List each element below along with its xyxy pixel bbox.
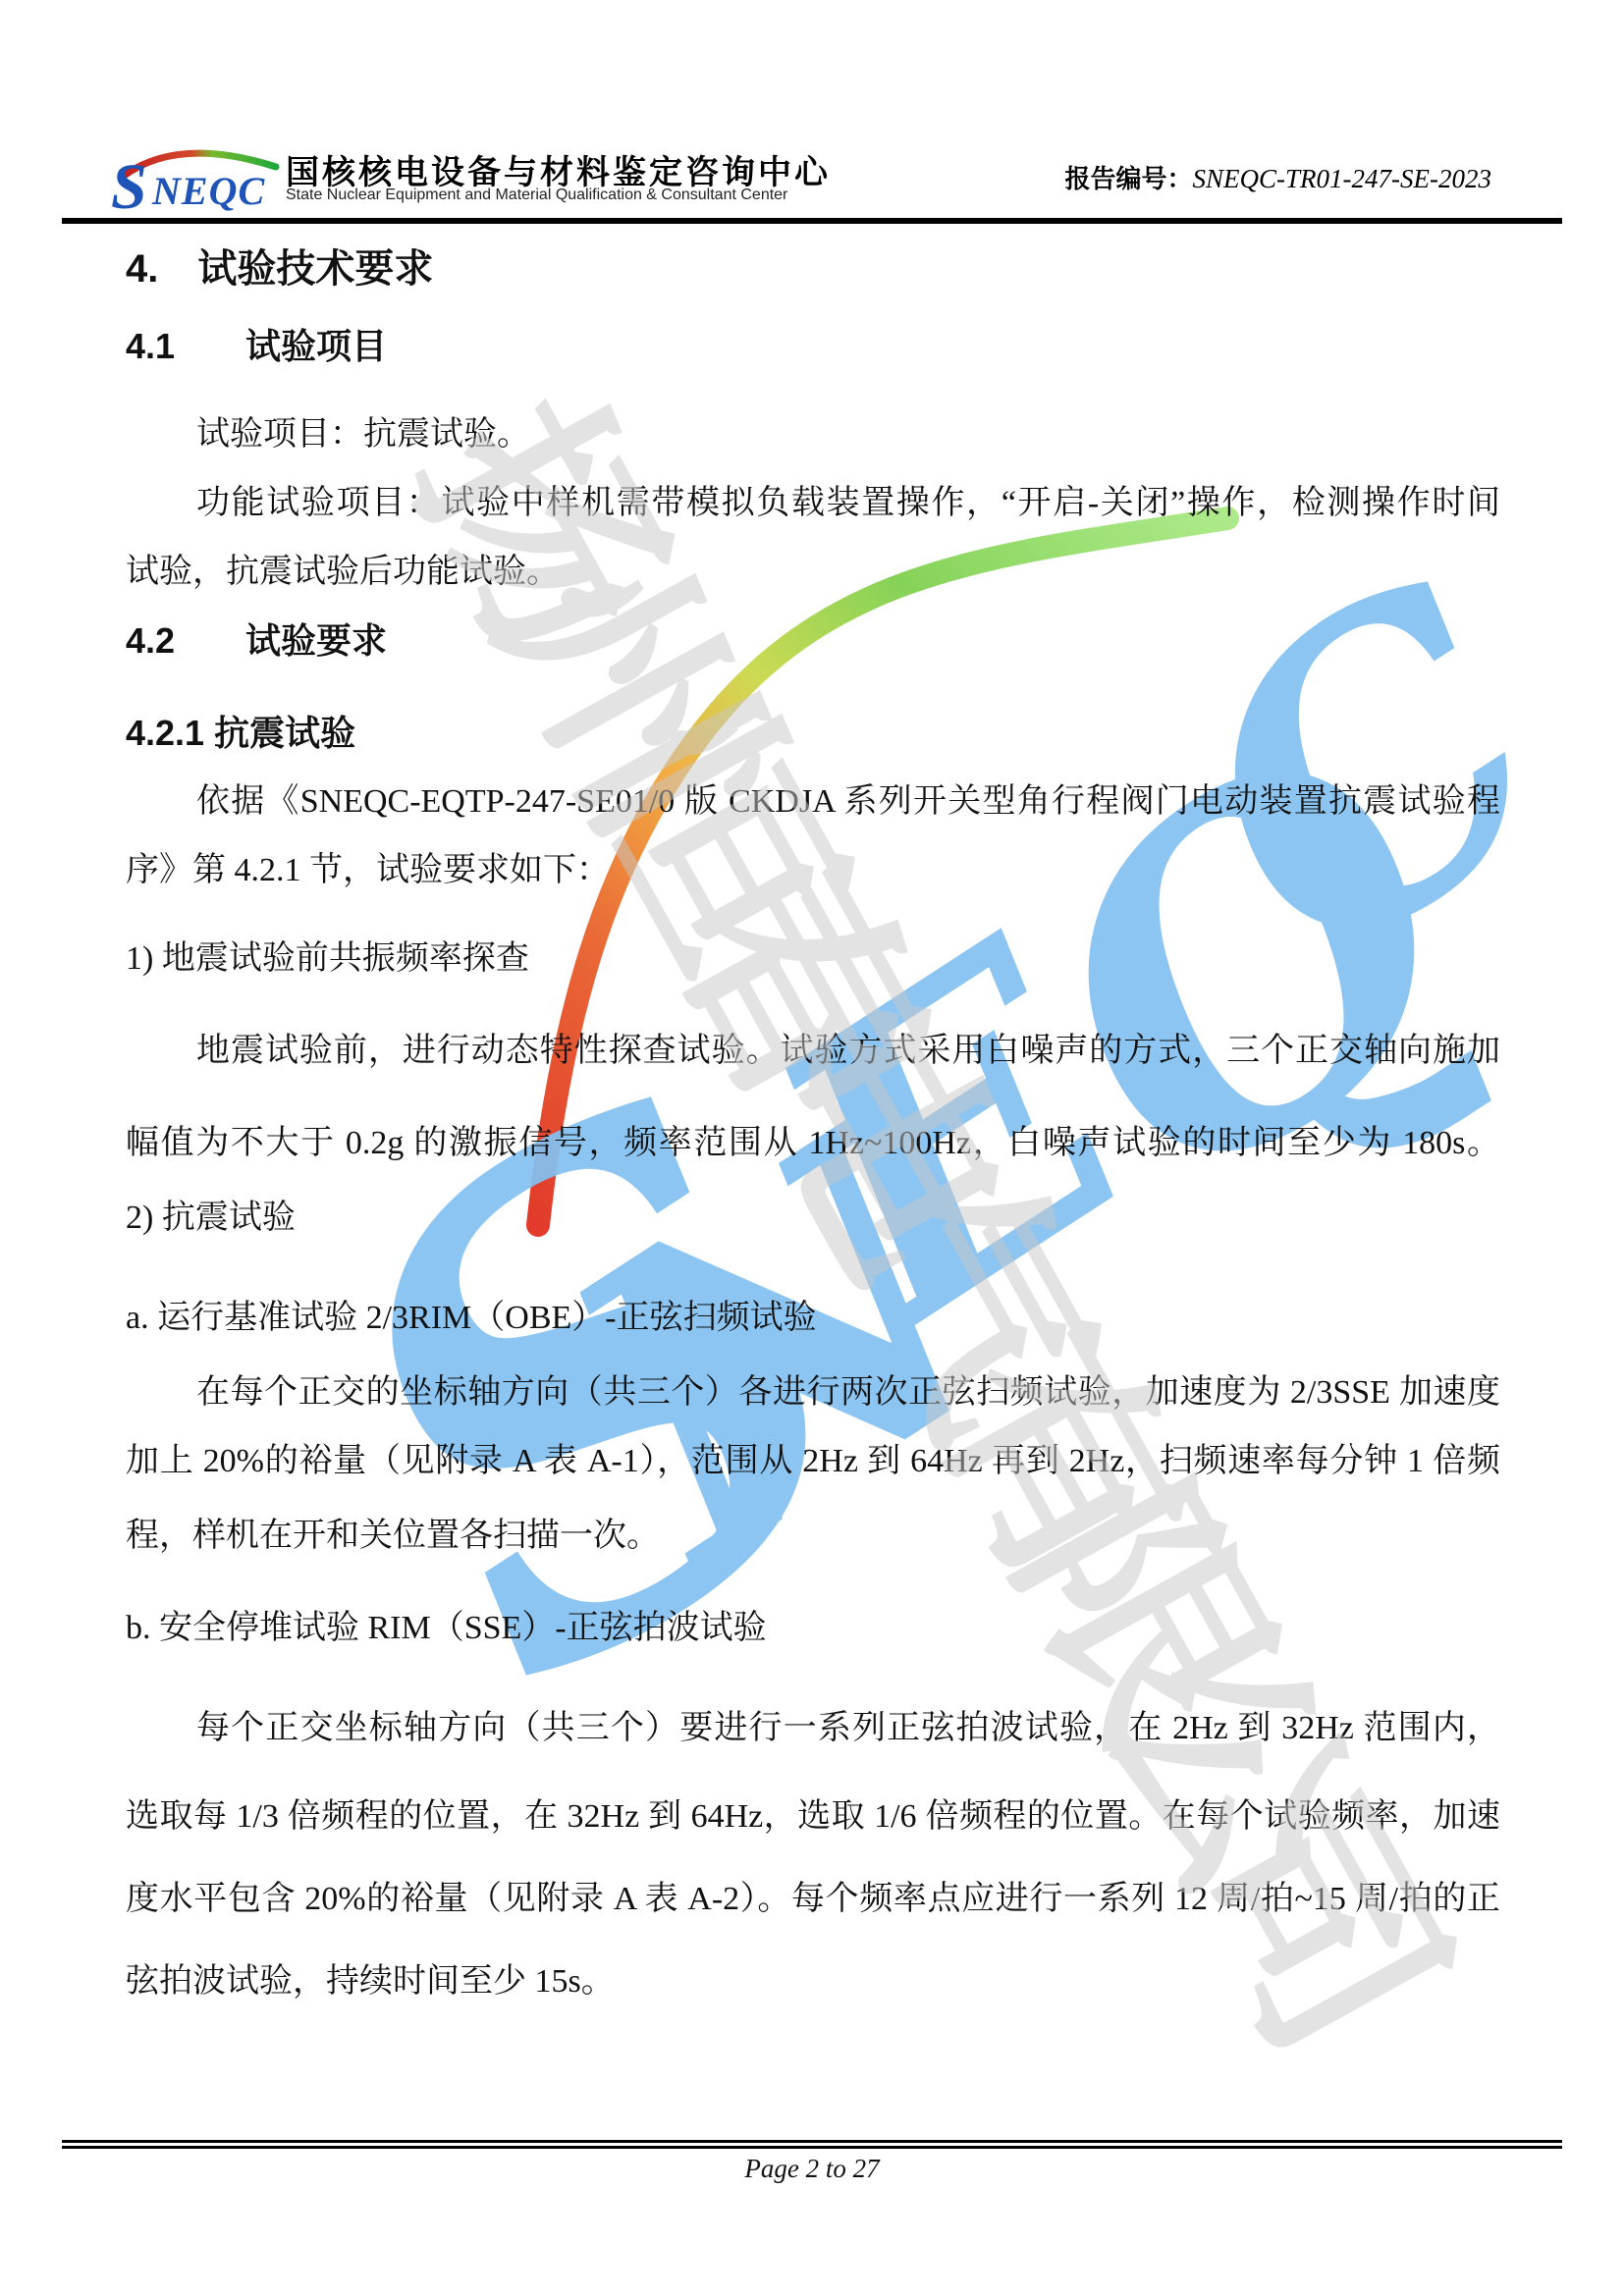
text-line: 功能试验项目：试验中样机需带模拟负载装置操作，“开启-关闭”操作，检测操作时间 [126, 481, 1500, 526]
report-number: 报告编号：SNEQC-TR01-247-SE-2023 [1065, 159, 1492, 195]
text-line: 度水平包含 20%的裕量（见附录 A 表 A-2）。每个频率点应进行一系列 12… [126, 1877, 1500, 1922]
text-line: 试验项目：抗震试验。 [126, 412, 1500, 457]
text-line: 在每个正交的坐标轴方向（共三个）各进行两次正弦扫频试验，加速度为 2/3SSE … [126, 1370, 1500, 1415]
text-line: 程，样机在开和关位置各扫描一次。 [126, 1514, 1500, 1559]
text-line: 1) 地震试验前共振频率探查 [126, 936, 1500, 982]
page-header: S NEQC 国核核电设备与材料鉴定咨询中心 State Nuclear Equ… [62, 0, 1562, 224]
text-line: 选取每 1/3 倍频程的位置，在 32Hz 到 64Hz，选取 1/6 倍频程的… [126, 1794, 1500, 1840]
footer-page-number: Page 2 to 27 [0, 2154, 1624, 2184]
report-number-value: SNEQC-TR01-247-SE-2023 [1193, 164, 1491, 193]
text-line: 4. 试验技术要求 [126, 243, 1500, 294]
sneqc-logo: S NEQC [111, 133, 286, 214]
document-body: 4. 试验技术要求4.1 试验项目试验项目：抗震试验。功能试验项目：试验中样机需… [126, 243, 1500, 2004]
text-line: 4.2.1 抗震试验 [126, 711, 1500, 756]
text-line: 2) 抗震试验 [126, 1196, 1500, 1241]
text-line: b. 安全停堆试验 RIM（SSE）-正弦拍波试验 [126, 1606, 1500, 1651]
report-number-label: 报告编号： [1065, 165, 1193, 193]
text-line: 序》第 4.2.1 节，试验要求如下： [126, 848, 1500, 893]
text-line: 4.2 试验要求 [126, 618, 1500, 664]
logo-letter-s: S [111, 151, 147, 214]
text-line: 弦拍波试验，持续时间至少 15s。 [126, 1959, 1500, 2004]
text-line: 地震试验前，进行动态特性探查试验。试验方式采用白噪声的方式，三个正交轴向施加 [126, 1029, 1500, 1074]
text-line: a. 运行基准试验 2/3RIM（OBE）-正弦扫频试验 [126, 1296, 1500, 1341]
text-line: 加上 20%的裕量（见附录 A 表 A-1），范围从 2Hz 到 64Hz 再到… [126, 1439, 1500, 1484]
text-line: 每个正交坐标轴方向（共三个）要进行一系列正弦拍波试验，在 2Hz 到 32Hz … [126, 1706, 1500, 1751]
org-name-en: State Nuclear Equipment and Material Qua… [286, 187, 787, 204]
text-line: 幅值为不大于 0.2g 的激振信号，频率范围从 1Hz~100Hz，白噪声试验的… [126, 1121, 1500, 1166]
report-page: S N E Q C S NEQC 国核核电设备与材料鉴定咨询中心 State N… [0, 0, 1624, 2296]
text-line: 依据《SNEQC-EQTP-247-SE01/0 版 CKDJA 系列开关型角行… [126, 779, 1500, 825]
footer-divider [62, 2140, 1562, 2149]
logo-letters-neqc: NEQC [151, 169, 265, 213]
text-line: 4.1 试验项目 [126, 324, 1500, 369]
text-line: 试验，抗震试验后功能试验。 [126, 550, 1500, 595]
